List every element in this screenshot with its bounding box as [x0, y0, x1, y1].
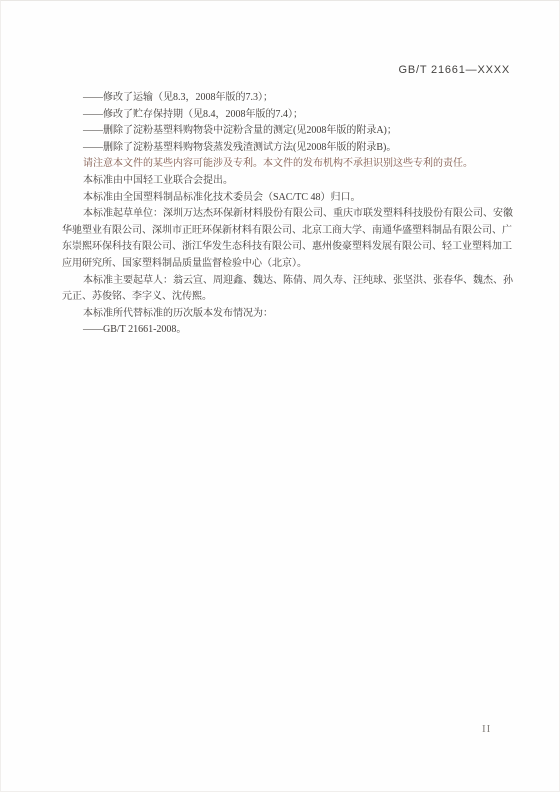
drafting-organizations-line-2: 华驰塑业有限公司、深圳市正旺环保新材料有限公司、北京工商大学、南通华盛塑料制品有… — [62, 223, 513, 240]
modification-item-storage-period: ——修改了贮存保持期（见8.4，2008年版的7.4）； — [62, 107, 513, 124]
drafting-organizations-line-3: 东崇熙环保科技有限公司、浙江华发生态科技有限公司、惠州俊豪塑料发展有限公司、轻工… — [62, 239, 513, 256]
centralized-body-statement: 本标准由全国塑料制品标准化技术委员会（SAC/TC 48）归口。 — [62, 190, 513, 207]
previous-editions-intro: 本标准所代替标准的历次版本发布情况为： — [62, 306, 513, 323]
patent-notice: 请注意本文件的某些内容可能涉及专利。本文件的发布机构不承担识别这些专利的责任。 — [62, 156, 513, 173]
proposer-statement: 本标准由中国轻工业联合会提出。 — [62, 173, 513, 190]
document-page: GB/T 21661—XXXX ——修改了运输（见8.3，2008年版的7.3）… — [0, 0, 560, 792]
foreword-body: ——修改了运输（见8.3，2008年版的7.3）； ——修改了贮存保持期（见8.… — [62, 90, 513, 339]
deletion-item-starch-content: ——删除了淀粉基塑料购物袋中淀粉含量的测定(见2008年版的附录A)； — [62, 123, 513, 140]
drafting-organizations-line-1: 本标准起草单位：深圳万达杰环保新材料股份有限公司、重庆市联发塑料科技股份有限公司… — [62, 206, 513, 223]
deletion-item-evaporation-residue: ——删除了淀粉基塑料购物袋蒸发残渣测试方法(见2008年版的附录B)。 — [62, 140, 513, 157]
drafters-line-2: 元正、苏俊铭、李字义、沈传熙。 — [62, 289, 513, 306]
previous-edition-item: ——GB/T 21661-2008。 — [62, 322, 513, 339]
standard-number-header: GB/T 21661—XXXX — [399, 64, 510, 76]
modification-item-transport: ——修改了运输（见8.3，2008年版的7.3）； — [62, 90, 513, 107]
drafters-line-1: 本标准主要起草人：翁云宣、周迎鑫、魏达、陈倩、周久寿、汪纯球、张坚洪、张春华、魏… — [62, 273, 513, 290]
drafting-organizations-line-4: 应用研究所、国家塑料制品质量监督检验中心（北京）。 — [62, 256, 513, 273]
page-number: II — [482, 723, 491, 735]
